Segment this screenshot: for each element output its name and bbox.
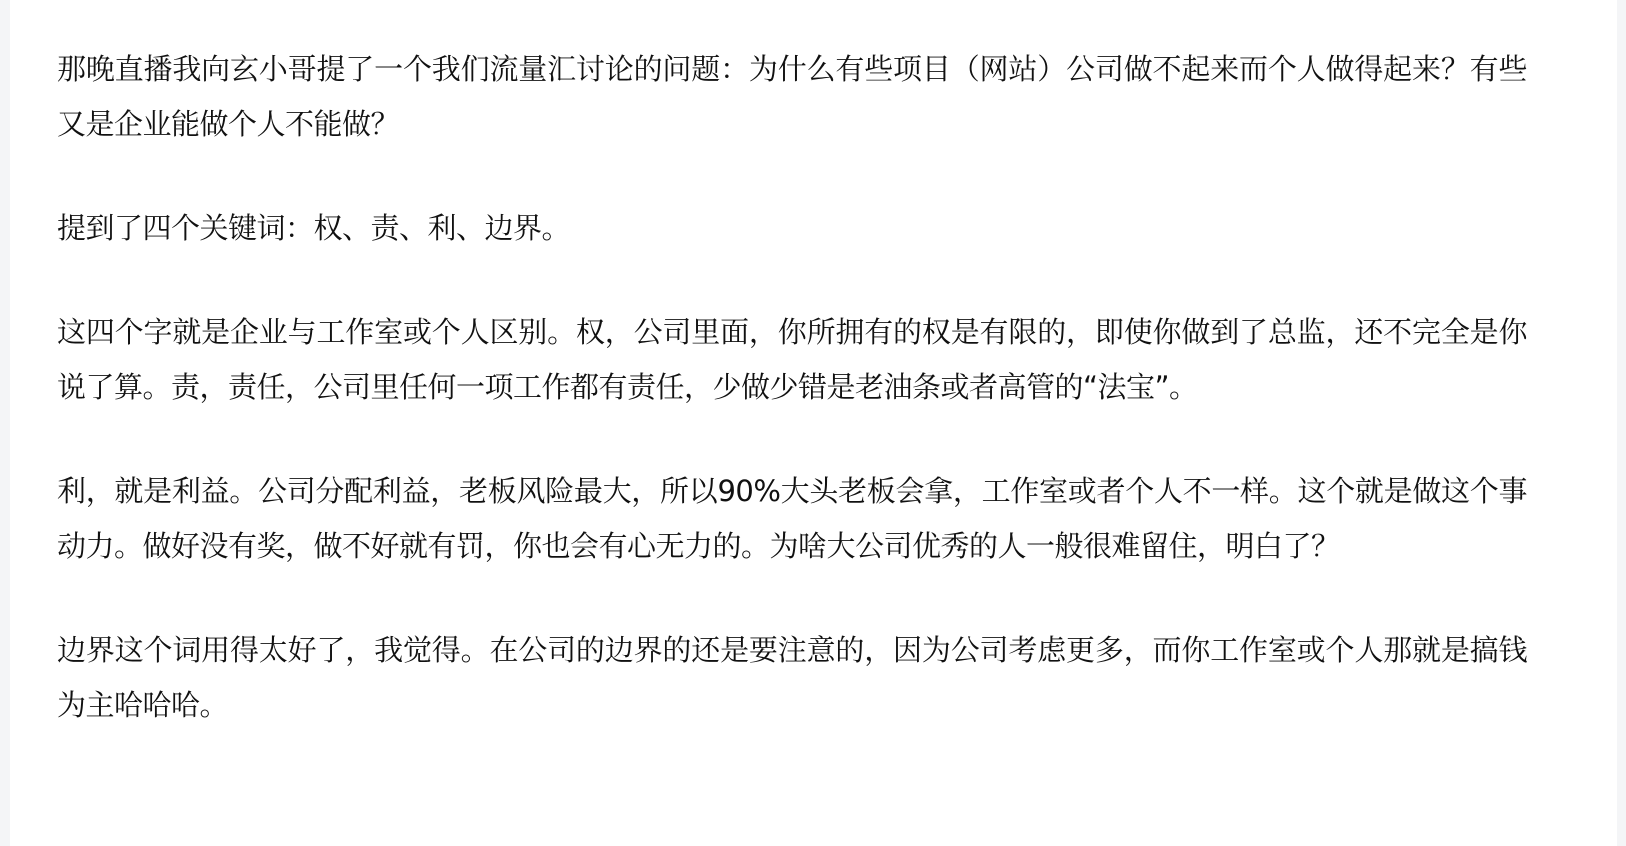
paragraph-benefit: 利，就是利益。公司分配利益，老板风险最大，所以90%大头老板会拿，工作室或者个人… bbox=[57, 464, 1527, 574]
paragraph-keywords: 提到了四个关键词：权、责、利、边界。 bbox=[57, 201, 1527, 256]
paragraph-boundary: 边界这个词用得太好了，我觉得。在公司的边界的还是要注意的，因为公司考虑更多，而你… bbox=[57, 623, 1527, 733]
article-body: 那晚直播我向玄小哥提了一个我们流量汇讨论的问题：为什么有些项目（网站）公司做不起… bbox=[57, 42, 1527, 733]
paragraph-power-responsibility: 这四个字就是企业与工作室或个人区别。权，公司里面，你所拥有的权是有限的，即使你做… bbox=[57, 305, 1527, 415]
paragraph-question: 那晚直播我向玄小哥提了一个我们流量汇讨论的问题：为什么有些项目（网站）公司做不起… bbox=[57, 42, 1527, 152]
article-page: 那晚直播我向玄小哥提了一个我们流量汇讨论的问题：为什么有些项目（网站）公司做不起… bbox=[10, 0, 1617, 846]
